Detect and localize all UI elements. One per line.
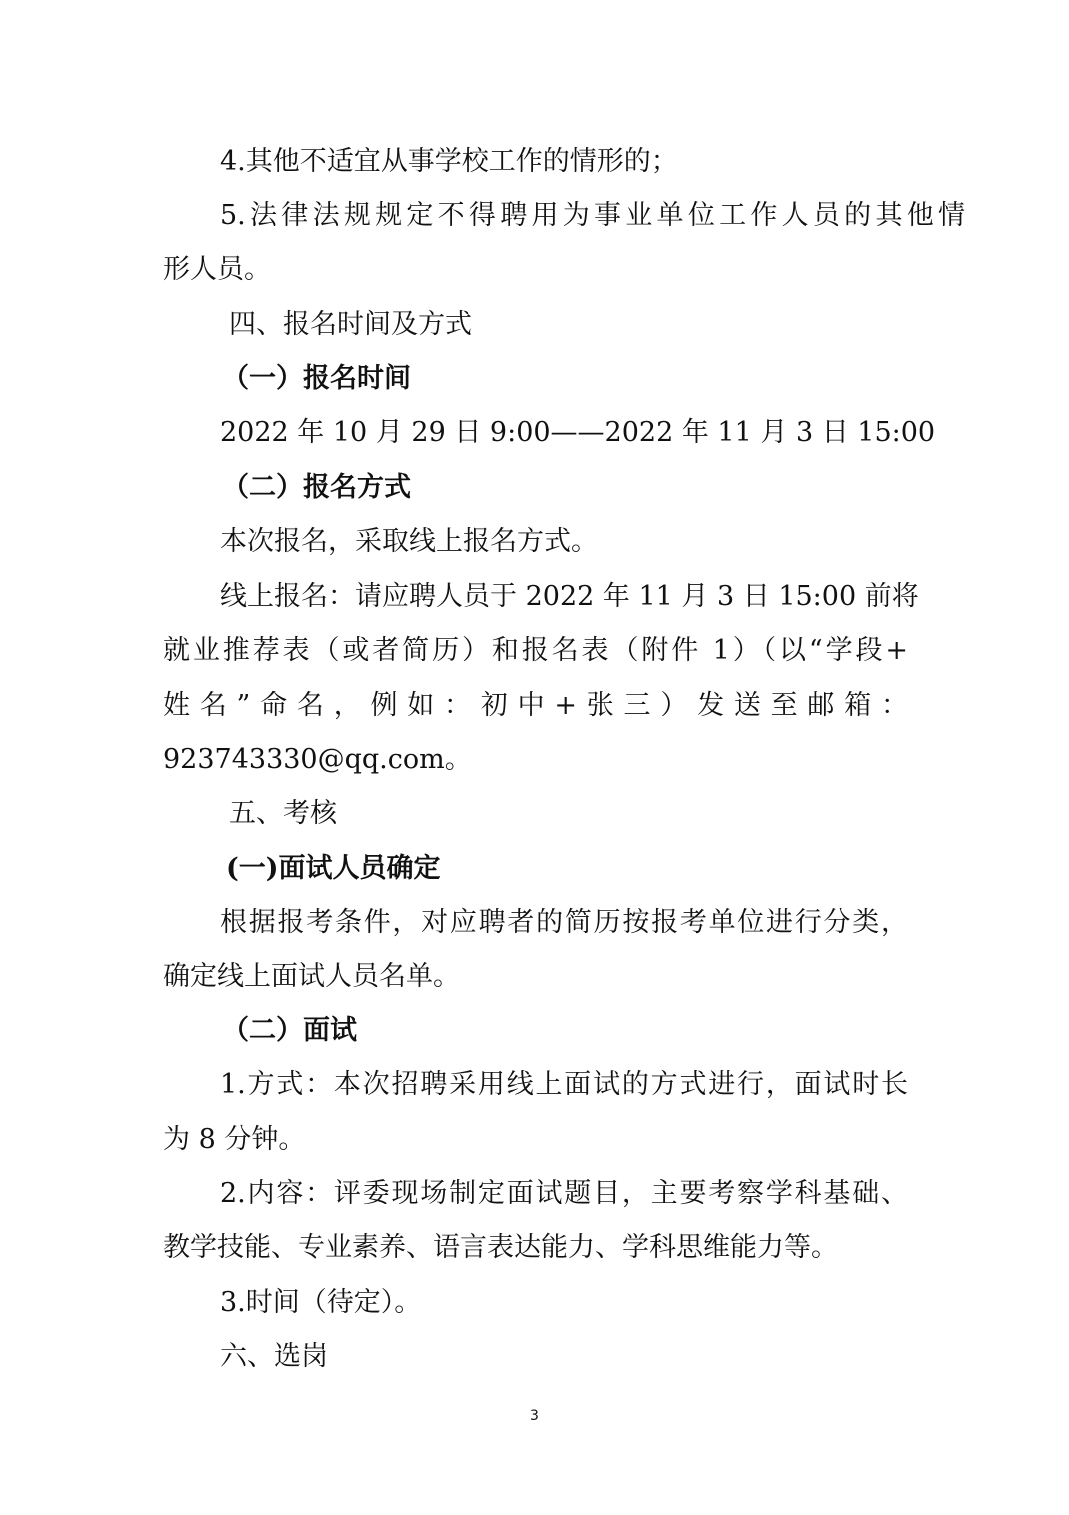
section-heading-6: 六、选岗: [220, 1339, 965, 1375]
page-number: 3: [0, 1408, 1069, 1424]
contact-email: 923743330@qq.com。: [163, 742, 908, 778]
interview-method-line2: 为 8 分钟。: [163, 1122, 908, 1158]
registration-method-text: 本次报名，采取线上报名方式。: [220, 524, 965, 560]
list-item-5-line2: 形人员。: [163, 252, 908, 288]
interview-content-line1: 2.内容：评委现场制定面试题目，主要考察学科基础、: [220, 1176, 908, 1212]
interview-method-line1: 1.方式：本次招聘采用线上面试的方式进行，面试时长: [220, 1067, 908, 1103]
interview-time: 3.时间（待定）。: [220, 1285, 965, 1321]
online-registration-line3: 姓名”命名，例如：初中+张三）发送至邮箱：: [163, 688, 908, 724]
document-page: 4.其他不适宜从事学校工作的情形的； 5.法律法规规定不得聘用为事业单位工作人员…: [0, 0, 1069, 1515]
subsection-heading-registration-time: （一）报名时间: [222, 361, 967, 397]
interview-content-line2: 教学技能、专业素养、语言表达能力、学科思维能力等。: [163, 1230, 908, 1266]
list-item-5-line1: 5.法律法规规定不得聘用为事业单位工作人员的其他情: [220, 198, 965, 234]
online-registration-line1: 线上报名：请应聘人员于 2022 年 11 月 3 日 15:00 前将: [220, 579, 908, 615]
section-heading-5: 五、考核: [229, 796, 974, 832]
section-heading-4: 四、报名时间及方式: [229, 307, 974, 343]
subsection-heading-registration-method: （二）报名方式: [222, 470, 967, 506]
subsection-heading-interviewee-confirm: (一)面试人员确定: [226, 851, 971, 887]
confirm-text-line2: 确定线上面试人员名单。: [163, 959, 908, 995]
registration-time-range: 2022 年 10 月 29 日 9:00——2022 年 11 月 3 日 1…: [220, 415, 965, 451]
subsection-heading-interview: （二）面试: [222, 1013, 967, 1049]
list-item-4: 4.其他不适宜从事学校工作的情形的；: [220, 144, 965, 180]
online-registration-line2: 就业推荐表（或者简历）和报名表（附件 1）（以“学段+: [163, 633, 908, 669]
confirm-text-line1: 根据报考条件，对应聘者的简历按报考单位进行分类，: [220, 905, 908, 941]
